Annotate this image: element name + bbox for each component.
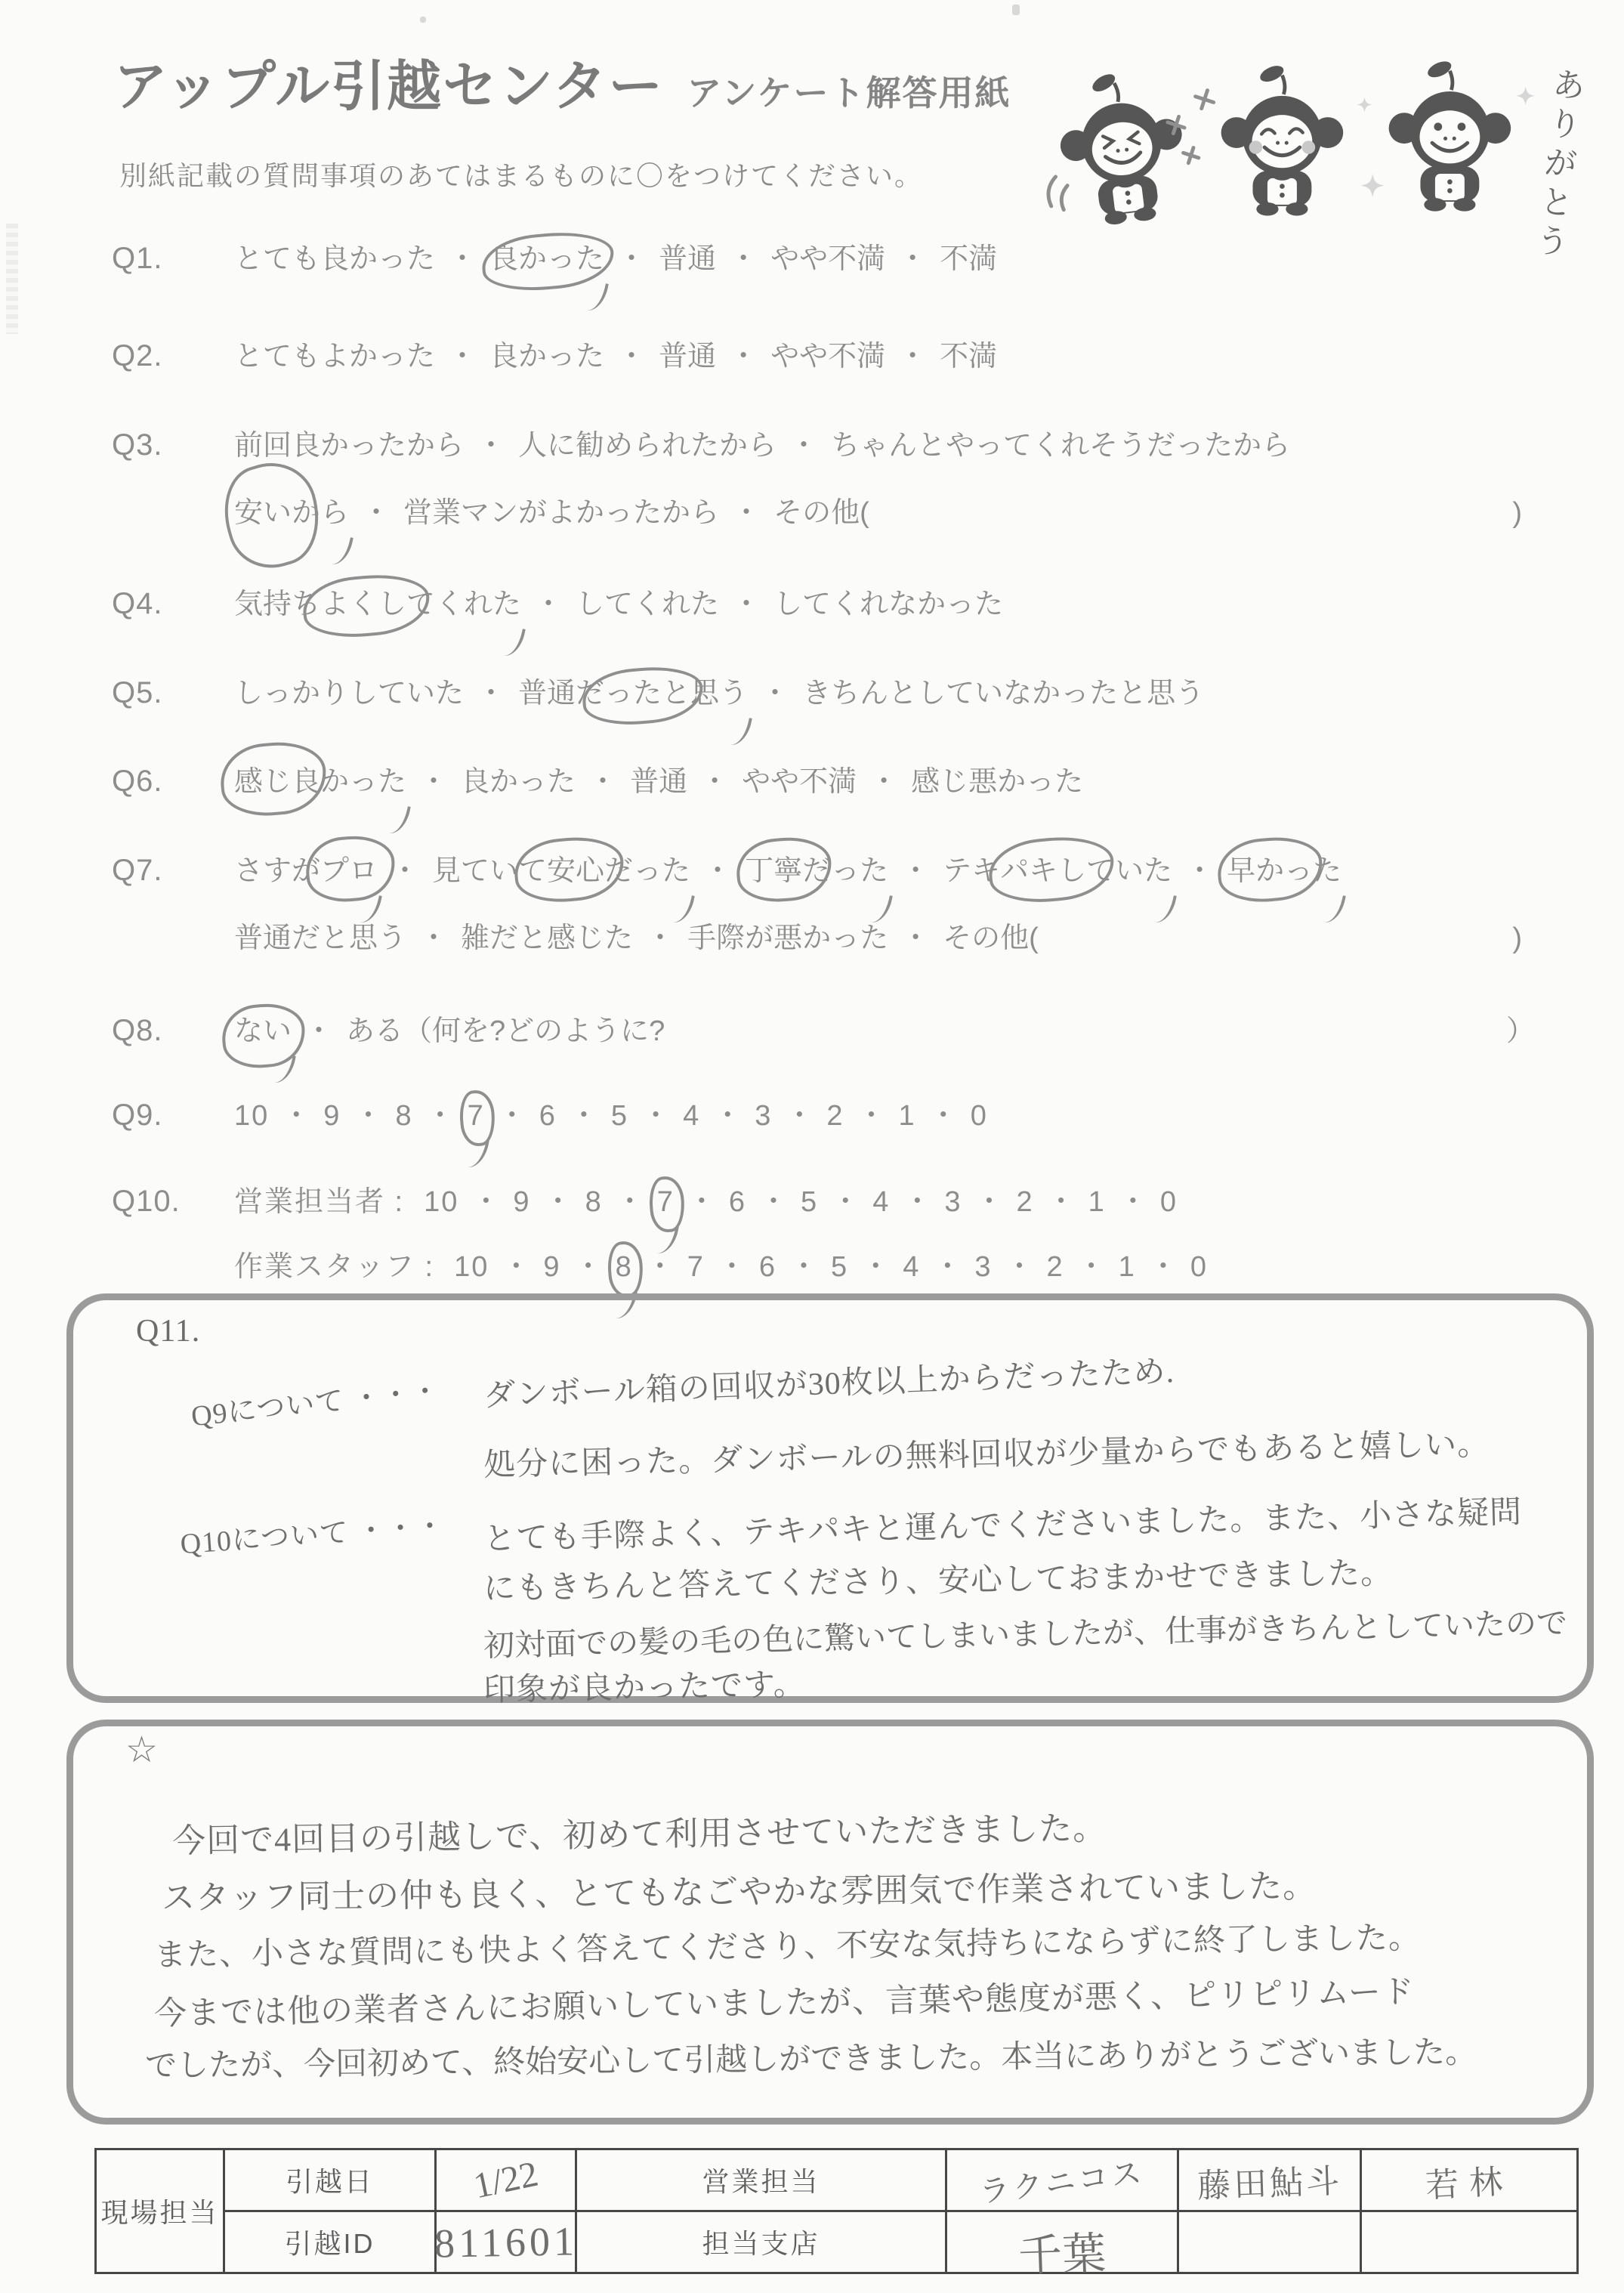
branch-label: 担当支店 bbox=[702, 2223, 820, 2261]
dot-separator: ・ bbox=[477, 675, 505, 712]
option-circled: 8 bbox=[616, 1249, 633, 1285]
question-label: Q1. bbox=[112, 240, 234, 277]
dot-separator: ・ bbox=[729, 338, 758, 375]
dot-separator: ・ bbox=[759, 1184, 788, 1220]
question-q4: Q4. 気持ちよくしてくれた・してくれた・してくれなかった bbox=[112, 586, 1003, 623]
option: 営業マンがよかったから bbox=[403, 495, 719, 531]
option: ちゃんとやってくれそうだったから bbox=[831, 428, 1290, 464]
dot-separator: ・ bbox=[419, 764, 448, 800]
option-circled: 丁寧だった bbox=[745, 853, 888, 889]
option: 8 bbox=[395, 1098, 412, 1134]
option: 雑だと感じた bbox=[461, 920, 633, 956]
q4-options: 気持ちよくしてくれた・してくれた・してくれなかった bbox=[234, 586, 1003, 623]
dot-separator: ・ bbox=[861, 1249, 890, 1285]
dot-separator: ・ bbox=[761, 675, 789, 712]
motion-lines-icon bbox=[1048, 177, 1067, 210]
question-label: Q5. bbox=[112, 675, 234, 711]
question-q2: Q2. とてもよかった・良かった・普通・やや不満・不満 bbox=[112, 338, 997, 375]
dot-separator: ・ bbox=[1047, 1184, 1076, 1220]
option: やや不満 bbox=[770, 241, 885, 277]
option: 普通 bbox=[659, 338, 716, 375]
option: きちんとしていなかったと思う bbox=[802, 675, 1204, 712]
question-q9: Q9. 10・9・8・7・6・5・4・3・2・1・0 bbox=[112, 1097, 988, 1134]
option: 普通 bbox=[659, 241, 716, 277]
q10-row1: 営業担当者 :10・9・8・7・6・5・4・3・2・1・0 bbox=[234, 1184, 1178, 1220]
question-label: Q7. bbox=[112, 852, 234, 888]
branch-value-cell: 千葉 bbox=[947, 2212, 1179, 2272]
option-circled: ない bbox=[234, 1013, 292, 1049]
option: 5 bbox=[801, 1184, 818, 1220]
dot-separator: ・ bbox=[574, 1249, 603, 1285]
option: 8 bbox=[585, 1184, 603, 1220]
company-title: アップル引越センター bbox=[113, 42, 664, 121]
question-q8: Q8. ない・ある（何を?どのように?） bbox=[112, 1012, 1535, 1049]
question-label: Q4. bbox=[112, 586, 234, 622]
option: 1 bbox=[1088, 1184, 1106, 1220]
header: アップル引越センター アンケート解答用紙 bbox=[113, 42, 1011, 121]
option-circled: 良かった bbox=[489, 241, 604, 277]
q3-line1: 前回良かったから・人に勧められたから・ちゃんとやってくれそうだったから bbox=[234, 428, 1290, 464]
q1-options: とても良かった・良かった・普通・やや不満・不満 bbox=[234, 241, 997, 277]
q5-options: しっかりしていた・普通だったと思う・きちんとしていなかったと思う bbox=[234, 675, 1204, 712]
dot-separator: ・ bbox=[789, 1249, 818, 1285]
option: 10 bbox=[234, 1098, 269, 1134]
option: 9 bbox=[513, 1184, 530, 1220]
sales-label-cell: 営業担当 bbox=[577, 2150, 947, 2212]
dot-separator: ・ bbox=[646, 920, 675, 956]
scan-artifact bbox=[1012, 5, 1020, 15]
close-paren: ) bbox=[1512, 495, 1522, 531]
dot-separator: ・ bbox=[1149, 1249, 1178, 1285]
option-circled: 普通だったと思う bbox=[518, 675, 748, 712]
option: 10 bbox=[424, 1184, 458, 1220]
option: してくれた bbox=[576, 586, 719, 623]
question-q7-line2: 普通だと思う・雑だと感じた・手際が悪かった・その他() bbox=[112, 920, 1522, 956]
branch-label-cell: 担当支店 bbox=[577, 2212, 947, 2272]
question-q6: Q6. 感じ良かった・良かった・普通・やや不満・感じ悪かった bbox=[112, 763, 1083, 800]
scan-artifact bbox=[420, 17, 426, 23]
monkey-mascots-illustration bbox=[1044, 53, 1544, 296]
branch-value: 千葉 bbox=[1017, 2217, 1107, 2284]
move-id-label-cell: 引越ID bbox=[225, 2212, 437, 2272]
question-label: Q3. bbox=[112, 427, 234, 463]
site-name1: 藤田鮎斗 bbox=[1196, 2153, 1342, 2207]
option: 9 bbox=[543, 1249, 560, 1285]
q7-line2: 普通だと思う・雑だと感じた・手際が悪かった・その他() bbox=[234, 920, 1522, 956]
dot-separator: ・ bbox=[617, 338, 646, 375]
dot-separator: ・ bbox=[718, 1249, 746, 1285]
dot-separator: ・ bbox=[426, 1098, 455, 1134]
site-name2: 若林 bbox=[1424, 2154, 1514, 2207]
dot-separator: ・ bbox=[901, 920, 930, 956]
site-label: 現場担当 bbox=[100, 2192, 218, 2230]
question-q3: Q3. 前回良かったから・人に勧められたから・ちゃんとやってくれそうだったから bbox=[112, 427, 1290, 464]
option: 4 bbox=[903, 1249, 920, 1285]
option: しっかりしていた bbox=[234, 675, 464, 712]
option: 普通だと思う bbox=[234, 920, 406, 956]
sparkle-cross-icon bbox=[1158, 82, 1220, 165]
dot-separator: ・ bbox=[903, 1184, 931, 1220]
monkey-bashful-icon bbox=[1221, 63, 1344, 216]
option: 3 bbox=[944, 1184, 962, 1220]
option: 不満 bbox=[940, 241, 997, 277]
close-paren: ) bbox=[1512, 920, 1522, 956]
option: 2 bbox=[826, 1098, 844, 1134]
dot-separator: ・ bbox=[1185, 853, 1214, 889]
close-paren: ） bbox=[1506, 1013, 1535, 1049]
option: 5 bbox=[611, 1098, 628, 1134]
dot-separator: ・ bbox=[929, 1098, 958, 1134]
option: やや不満 bbox=[742, 764, 857, 800]
option-circled: 安いから bbox=[234, 495, 349, 531]
option: 0 bbox=[1190, 1249, 1208, 1285]
q7-line1: さすがプロ・見ていて安心だった・丁寧だった・テキパキしていた・早かった bbox=[234, 853, 1341, 889]
option: とても良かった bbox=[234, 241, 435, 277]
q3-line2: 安いから・営業マンがよかったから・その他() bbox=[234, 495, 1522, 531]
dot-separator: ・ bbox=[703, 853, 732, 889]
dot-separator: ・ bbox=[700, 764, 729, 800]
dot-separator: ・ bbox=[831, 1184, 860, 1220]
option: 感じ悪かった bbox=[911, 764, 1083, 800]
question-label: Q2. bbox=[112, 338, 234, 374]
dot-separator: ・ bbox=[975, 1184, 1004, 1220]
move-id-label: 引越ID bbox=[284, 2223, 375, 2261]
option: 7 bbox=[687, 1249, 705, 1285]
move-id-value: 811601 bbox=[434, 2217, 578, 2267]
dot-separator: ・ bbox=[713, 1098, 742, 1134]
option: 6 bbox=[759, 1249, 776, 1285]
dot-separator: ・ bbox=[901, 853, 930, 889]
star-label: ☆ bbox=[125, 1729, 158, 1771]
option: 6 bbox=[539, 1098, 557, 1134]
option: 普通 bbox=[630, 764, 687, 800]
q2-options: とてもよかった・良かった・普通・やや不満・不満 bbox=[234, 338, 997, 375]
move-date-label: 引越日 bbox=[286, 2161, 374, 2199]
dot-separator: ・ bbox=[588, 764, 617, 800]
dot-separator: ・ bbox=[785, 1098, 814, 1134]
q11-label: Q11. bbox=[136, 1313, 200, 1349]
q9-options: 10・9・8・7・6・5・4・3・2・1・0 bbox=[234, 1098, 988, 1134]
question-label: Q6. bbox=[112, 763, 234, 799]
option-circled: 感じ良かった bbox=[234, 764, 406, 800]
option: とてもよかった bbox=[234, 338, 435, 375]
dot-separator: ・ bbox=[1077, 1249, 1106, 1285]
question-label: Q9. bbox=[112, 1097, 234, 1133]
sales-label: 営業担当 bbox=[702, 2161, 820, 2199]
question-label: Q10. bbox=[112, 1183, 234, 1219]
dot-separator: ・ bbox=[471, 1184, 500, 1220]
q8-options: ない・ある（何を?どのように?） bbox=[234, 1013, 1535, 1049]
option: 4 bbox=[683, 1098, 700, 1134]
question-q10-row1: Q10. 営業担当者 :10・9・8・7・6・5・4・3・2・1・0 bbox=[112, 1183, 1178, 1220]
options-prefix-label: 営業担当者 : bbox=[234, 1184, 404, 1220]
dot-separator: ・ bbox=[391, 853, 419, 889]
dot-separator: ・ bbox=[732, 586, 761, 623]
dot-separator: ・ bbox=[448, 241, 477, 277]
dot-separator: ・ bbox=[933, 1249, 962, 1285]
options-prefix-label: 作業スタッフ : bbox=[234, 1249, 434, 1285]
scan-artifact bbox=[6, 224, 18, 334]
dot-separator: ・ bbox=[544, 1184, 573, 1220]
dot-separator: ・ bbox=[869, 764, 898, 800]
move-date-value-cell: 1/22 bbox=[437, 2150, 577, 2212]
option-circled: 早かった bbox=[1227, 853, 1341, 889]
site-name2-empty-cell bbox=[1362, 2212, 1576, 2272]
site-name1-empty-cell bbox=[1179, 2212, 1362, 2272]
option: 不満 bbox=[940, 338, 997, 375]
dot-separator: ・ bbox=[729, 241, 758, 277]
option: 2 bbox=[1017, 1184, 1034, 1220]
question-q7: Q7. さすがプロ・見ていて安心だった・丁寧だった・テキパキしていた・早かった bbox=[112, 852, 1341, 889]
move-date-label-cell: 引越日 bbox=[225, 2150, 437, 2212]
option: 2 bbox=[1047, 1249, 1064, 1285]
option-circled: 気持ちよくしてくれた bbox=[234, 586, 521, 623]
question-label: Q8. bbox=[112, 1012, 234, 1049]
sheet-subtitle: アンケート解答用紙 bbox=[687, 66, 1011, 116]
option: 手際が悪かった bbox=[687, 920, 888, 956]
q6-options: 感じ良かった・良かった・普通・やや不満・感じ悪かった bbox=[234, 764, 1083, 800]
dot-separator: ・ bbox=[419, 920, 448, 956]
option-circled: 7 bbox=[468, 1098, 485, 1134]
dot-separator: ・ bbox=[362, 495, 391, 531]
dot-separator: ・ bbox=[898, 241, 927, 277]
sales-value: ラクニコス bbox=[977, 2149, 1147, 2211]
option: 5 bbox=[831, 1249, 848, 1285]
option: 前回良かったから bbox=[234, 428, 464, 464]
option-circled: さすがプロ bbox=[234, 853, 378, 889]
dot-separator: ・ bbox=[498, 1098, 526, 1134]
option: 4 bbox=[872, 1184, 890, 1220]
survey-sheet-scan: アップル引越センター アンケート解答用紙 別紙記載の質問事項のあてはまるものに〇… bbox=[0, 0, 1624, 2293]
option: 9 bbox=[323, 1098, 341, 1134]
dot-separator: ・ bbox=[1119, 1184, 1147, 1220]
dot-separator: ・ bbox=[282, 1098, 310, 1134]
footer-info-table: 引越日 1/22 営業担当 ラクニコス 現場担当 藤田鮎斗 若林 引越ID 81… bbox=[94, 2148, 1579, 2274]
option: 6 bbox=[729, 1184, 746, 1220]
dot-separator: ・ bbox=[732, 495, 761, 531]
option: 人に勧められたから bbox=[518, 428, 776, 464]
option: ある（何を?どのように? bbox=[346, 1013, 665, 1049]
dot-separator: ・ bbox=[857, 1098, 886, 1134]
sales-value-cell: ラクニコス bbox=[947, 2150, 1179, 2212]
option: 良かった bbox=[489, 338, 604, 375]
q11-answer-line: 印象が良かったです。 bbox=[483, 1659, 807, 1710]
monkey-smiling-icon bbox=[1389, 58, 1511, 212]
question-q1: Q1. とても良かった・良かった・普通・やや不満・不満 bbox=[112, 240, 997, 277]
q10-row2: 作業スタッフ :10・9・8・7・6・5・4・3・2・1・0 bbox=[234, 1249, 1208, 1285]
question-q5: Q5. しっかりしていた・普通だったと思う・きちんとしていなかったと思う bbox=[112, 675, 1204, 712]
dot-separator: ・ bbox=[534, 586, 563, 623]
dot-separator: ・ bbox=[616, 1184, 644, 1220]
option: 良かった bbox=[461, 764, 576, 800]
option-circled: 見ていて安心だった bbox=[432, 853, 690, 889]
dot-separator: ・ bbox=[898, 338, 927, 375]
dot-separator: ・ bbox=[617, 241, 646, 277]
move-id-value-cell: 811601 bbox=[437, 2212, 577, 2272]
dot-separator: ・ bbox=[502, 1249, 530, 1285]
option: 1 bbox=[899, 1098, 916, 1134]
dot-separator: ・ bbox=[570, 1098, 598, 1134]
dot-separator: ・ bbox=[448, 338, 477, 375]
option: 0 bbox=[1160, 1184, 1178, 1220]
dot-separator: ・ bbox=[646, 1249, 675, 1285]
monkey-giggling-icon bbox=[1052, 63, 1192, 230]
question-q3-line2: 安いから・営業マンがよかったから・その他() bbox=[112, 495, 1522, 531]
option: してくれなかった bbox=[773, 586, 1003, 623]
option: 10 bbox=[454, 1249, 489, 1285]
dot-separator: ・ bbox=[304, 1013, 333, 1049]
dot-separator: ・ bbox=[477, 428, 505, 464]
site-name1-cell: 藤田鮎斗 bbox=[1179, 2150, 1362, 2212]
dot-separator: ・ bbox=[687, 1184, 716, 1220]
option: その他( bbox=[943, 920, 1039, 956]
dot-separator: ・ bbox=[354, 1098, 382, 1134]
dot-separator: ・ bbox=[1005, 1249, 1034, 1285]
site-label-cell: 現場担当 bbox=[97, 2150, 225, 2272]
instruction-text: 別紙記載の質問事項のあてはまるものに〇をつけてください。 bbox=[119, 155, 923, 193]
option: やや不満 bbox=[770, 338, 885, 375]
option: 1 bbox=[1119, 1249, 1136, 1285]
dot-separator: ・ bbox=[789, 428, 818, 464]
option: 3 bbox=[755, 1098, 772, 1134]
site-name2-cell: 若林 bbox=[1362, 2150, 1576, 2212]
dot-separator: ・ bbox=[641, 1098, 670, 1134]
option: 0 bbox=[971, 1098, 988, 1134]
question-q10-row2: 作業スタッフ :10・9・8・7・6・5・4・3・2・1・0 bbox=[112, 1249, 1208, 1285]
option-circled: 7 bbox=[657, 1184, 675, 1220]
option: その他( bbox=[773, 495, 869, 531]
move-date-value: 1/22 bbox=[470, 2153, 542, 2208]
option-circled: テキパキしていた bbox=[943, 853, 1172, 889]
option: 3 bbox=[974, 1249, 992, 1285]
